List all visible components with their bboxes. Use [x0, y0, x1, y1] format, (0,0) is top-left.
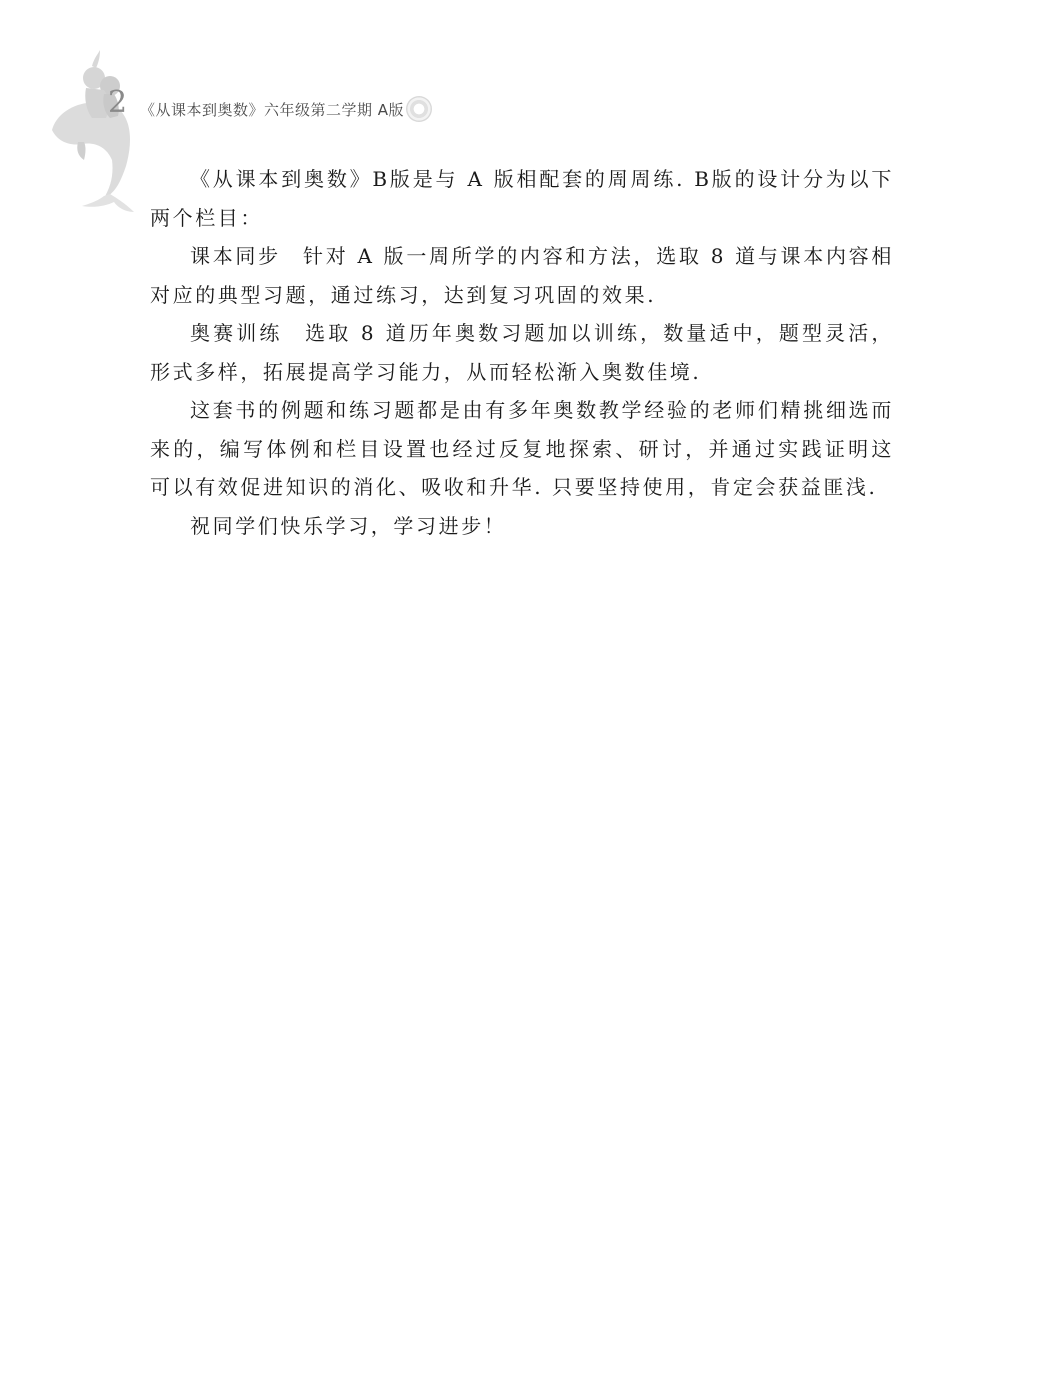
paragraph-text: 这套书的例题和练习题都是由有多年奥数教学经验的老师们精挑细选而来的，编写体例和栏… — [150, 398, 894, 499]
running-title: 《从课本到奥数》六年级第二学期 A版 — [140, 99, 404, 120]
paragraph-text: 《从课本到奥数》B版是与 A 版相配套的周周练. B版的设计分为以下两个栏目： — [150, 167, 894, 230]
page-number: 2 — [108, 88, 127, 118]
paragraph-book-description: 这套书的例题和练习题都是由有多年奥数教学经验的老师们精挑细选而来的，编写体例和栏… — [150, 391, 894, 507]
circle-badge-icon — [406, 96, 432, 122]
section-lead-olympiad-training: 奥赛训练 — [190, 321, 283, 345]
dolphin-illustration-icon — [48, 38, 138, 218]
section-lead-textbook-sync: 课本同步 — [190, 244, 281, 268]
paragraph-closing: 祝同学们快乐学习，学习进步！ — [150, 507, 894, 546]
paragraph-textbook-sync: 课本同步针对 A 版一周所学的内容和方法，选取 8 道与课本内容相对应的典型习题… — [150, 237, 894, 314]
body-text: 《从课本到奥数》B版是与 A 版相配套的周周练. B版的设计分为以下两个栏目： … — [150, 160, 894, 545]
paragraph-olympiad-training: 奥赛训练选取 8 道历年奥数习题加以训练，数量适中，题型灵活，形式多样，拓展提高… — [150, 314, 894, 391]
paragraph-intro: 《从课本到奥数》B版是与 A 版相配套的周周练. B版的设计分为以下两个栏目： — [150, 160, 894, 237]
running-head: 《从课本到奥数》六年级第二学期 A版 — [140, 96, 432, 122]
book-page: 2 《从课本到奥数》六年级第二学期 A版 《从课本到奥数》B版是与 A 版相配套… — [0, 0, 1040, 1394]
paragraph-text: 祝同学们快乐学习，学习进步！ — [190, 514, 506, 538]
